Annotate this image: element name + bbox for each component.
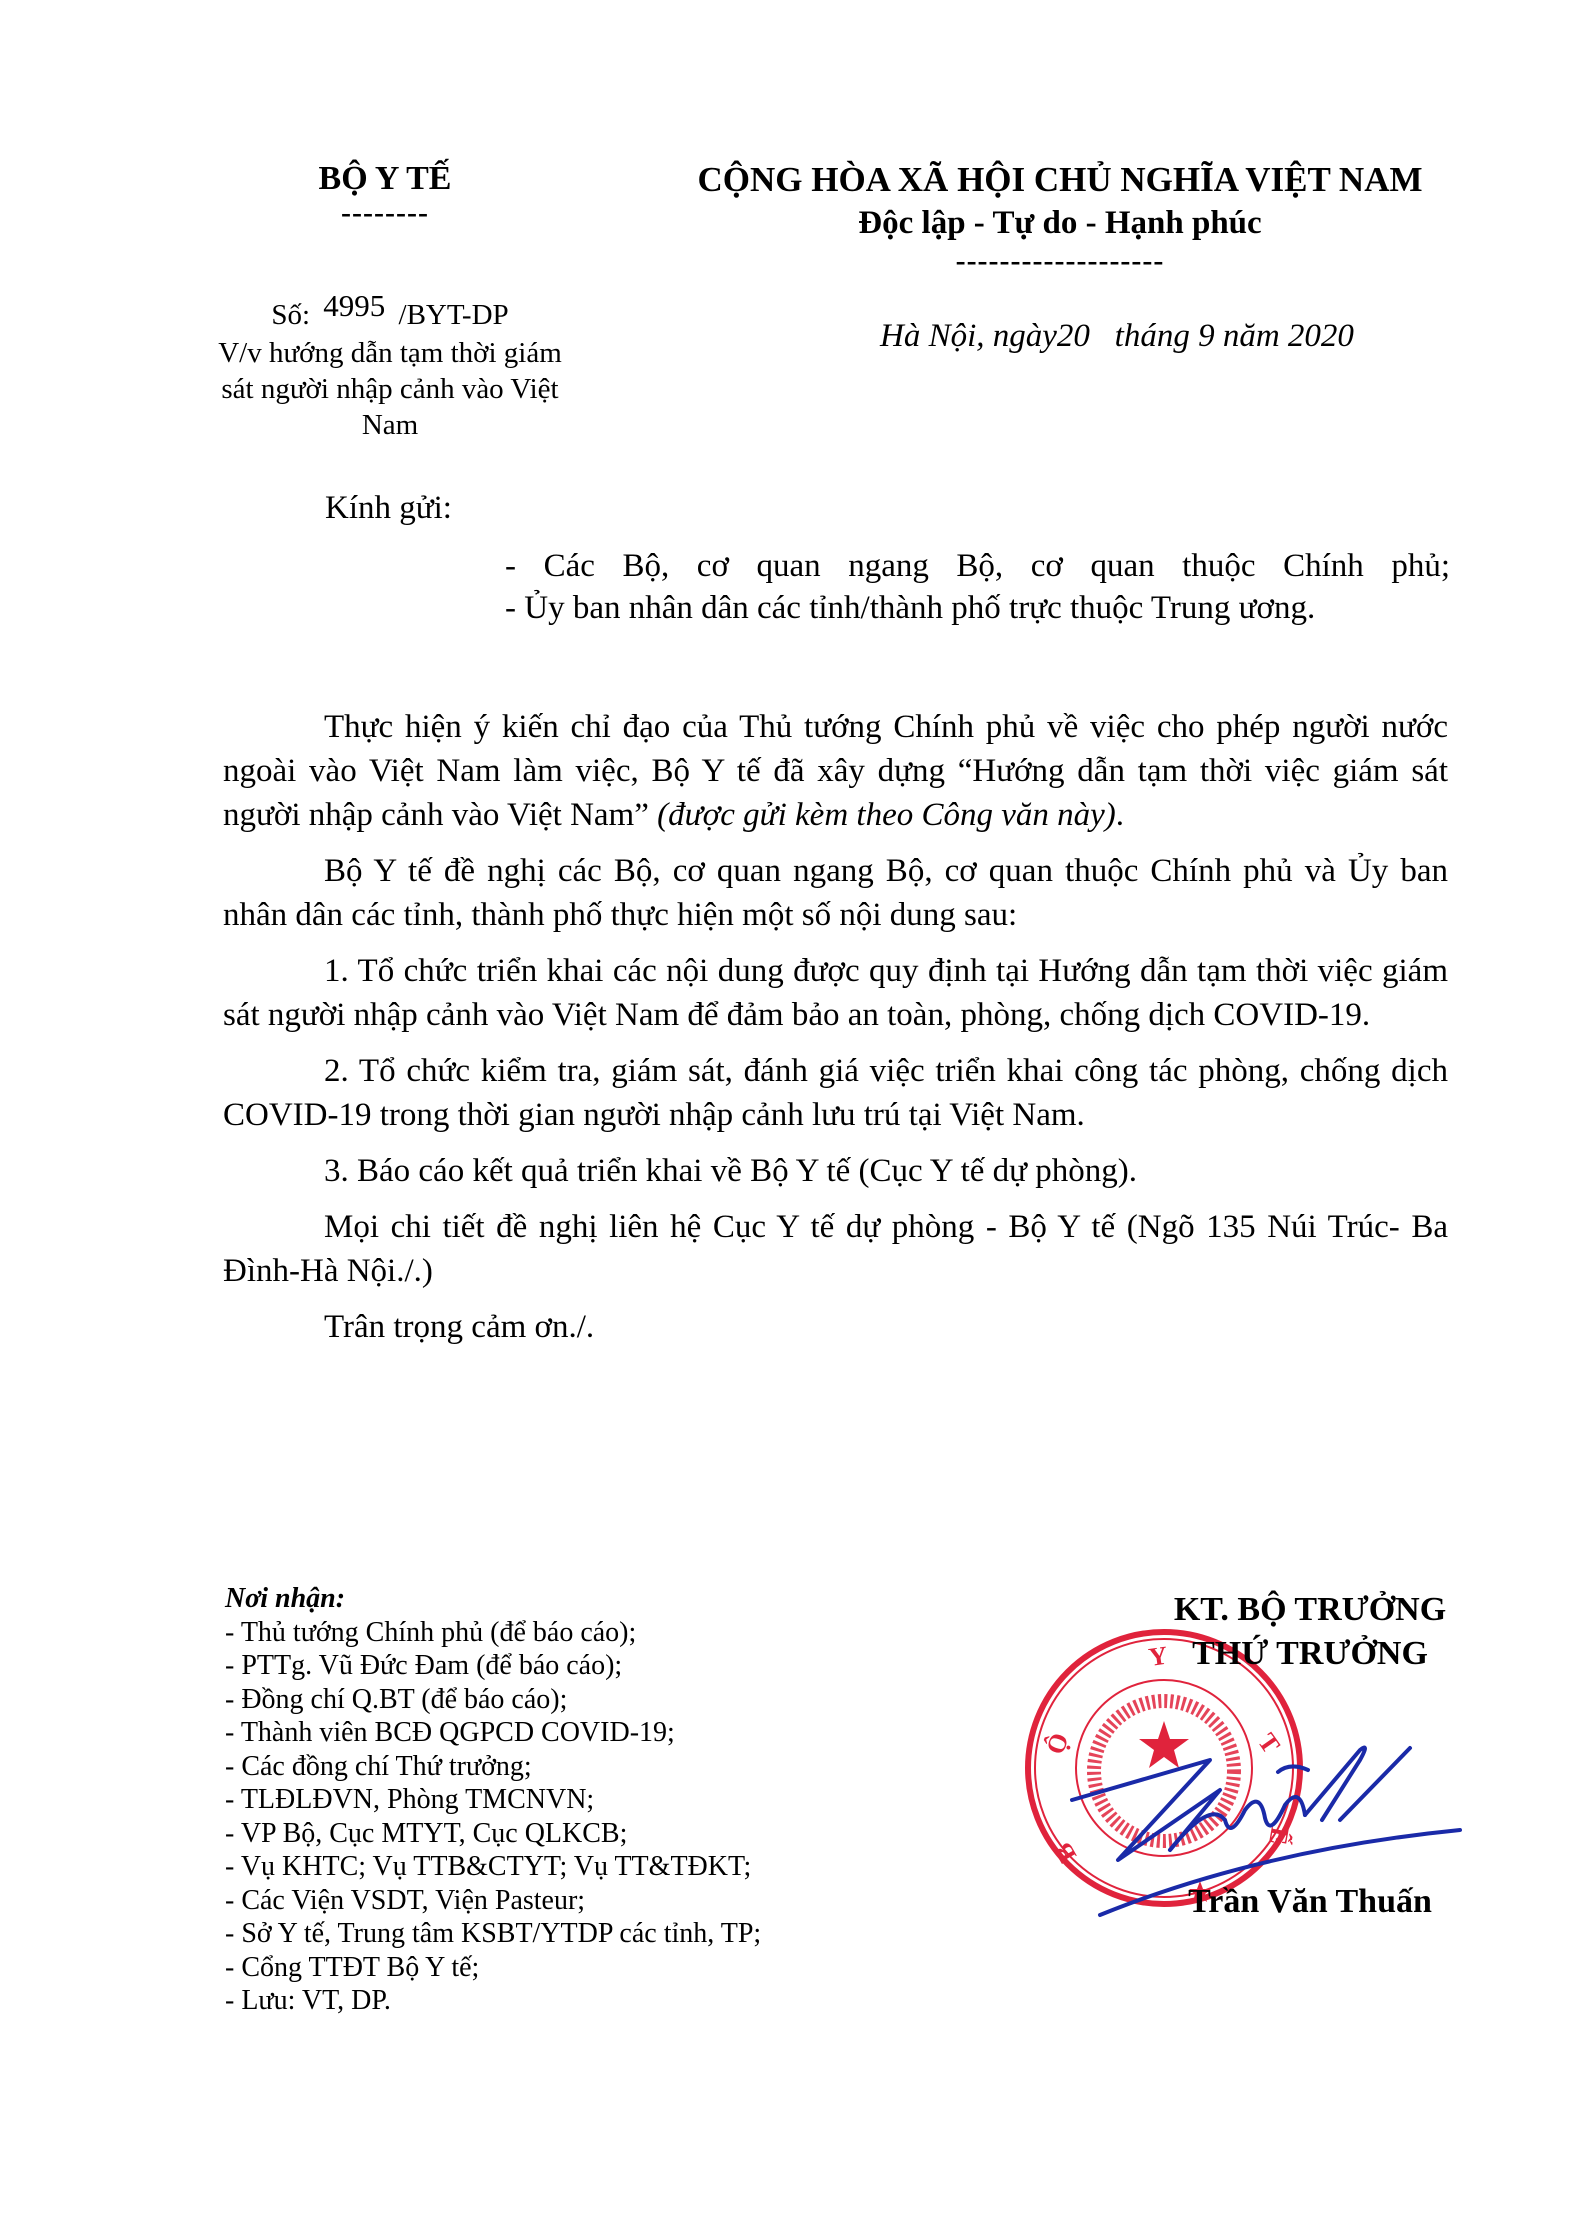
issuing-organization: BỘ Y TẾ	[215, 160, 555, 198]
document-number: Số: 4995 /BYT-DP	[180, 296, 600, 332]
organization-divider: --------	[215, 196, 555, 230]
greeting: Kính gửi:	[325, 490, 452, 527]
distribution-item: - PTTg. Vũ Đức Đam (để báo cáo);	[225, 1649, 925, 1683]
body-paragraph-closing: Trân trọng cảm ơn./.	[223, 1305, 1448, 1349]
distribution-item: - Vụ KHTC; Vụ TTB&CTYT; Vụ TT&TĐKT;	[225, 1850, 925, 1884]
signature-authority: KT. BỘ TRƯỞNG	[1100, 1588, 1520, 1632]
distribution-item: - Đồng chí Q.BT (để báo cáo);	[225, 1683, 925, 1717]
subject-line: Nam	[180, 407, 600, 443]
subject-line: sát người nhập cảnh vào Việt	[180, 371, 600, 407]
body-paragraph-request: Bộ Y tế đề nghị các Bộ, cơ quan ngang Bộ…	[223, 849, 1448, 937]
distribution-item: - Thành viên BCĐ QGPCD COVID-19;	[225, 1716, 925, 1750]
distribution-items: - Thủ tướng Chính phủ (để báo cáo);- PTT…	[225, 1616, 925, 2018]
intro-end: .	[1116, 797, 1124, 833]
national-motto: Độc lập - Tự do - Hạnh phúc	[630, 205, 1490, 242]
signature-title: KT. BỘ TRƯỞNG THỨ TRƯỞNG	[1100, 1588, 1520, 1676]
recipient-item: - Các Bộ, cơ quan ngang Bộ, cơ quan thuộ…	[505, 545, 1450, 587]
body-paragraph-item-3: 3. Báo cáo kết quả triển khai về Bộ Y tế…	[223, 1149, 1448, 1193]
place-and-date: Hà Nội, ngày20 tháng 9 năm 2020	[880, 318, 1480, 355]
letter-body: Thực hiện ý kiến chỉ đạo của Thủ tướng C…	[223, 705, 1448, 1361]
number-suffix: /BYT-DP	[399, 299, 509, 331]
distribution-item: - Thủ tướng Chính phủ (để báo cáo);	[225, 1616, 925, 1650]
distribution-item: - Các đồng chí Thứ trưởng;	[225, 1750, 925, 1784]
body-paragraph-contact: Mọi chi tiết đề nghị liên hệ Cục Y tế dự…	[223, 1205, 1448, 1293]
distribution-item: - Sở Y tế, Trung tâm KSBT/YTDP các tỉnh,…	[225, 1917, 925, 1951]
number-prefix: Số:	[271, 299, 310, 331]
signature-position: THỨ TRƯỞNG	[1100, 1632, 1520, 1676]
body-paragraph-intro: Thực hiện ý kiến chỉ đạo của Thủ tướng C…	[223, 705, 1448, 837]
distribution-item: - Lưu: VT, DP.	[225, 1984, 925, 2018]
distribution-title: Nơi nhận:	[225, 1582, 925, 1616]
body-paragraph-item-1: 1. Tổ chức triển khai các nội dung được …	[223, 949, 1448, 1037]
signer-name: Trần Văn Thuấn	[1100, 1883, 1520, 1921]
distribution-item: - VP Bộ, Cục MTYT, Cục QLKCB;	[225, 1817, 925, 1851]
document-subject: V/v hướng dẫn tạm thời giám sát người nh…	[180, 335, 600, 443]
national-title: CỘNG HÒA XÃ HỘI CHỦ NGHĨA VIỆT NAM	[630, 160, 1490, 200]
distribution-item: - Các Viện VSDT, Viện Pasteur;	[225, 1884, 925, 1918]
number-value: 4995	[317, 288, 391, 323]
motto-divider: -------------------	[630, 244, 1490, 278]
distribution-list: Nơi nhận: - Thủ tướng Chính phủ (để báo …	[225, 1582, 925, 2018]
subject-line: V/v hướng dẫn tạm thời giám	[180, 335, 600, 371]
recipient-item: - Ủy ban nhân dân các tỉnh/thành phố trự…	[505, 587, 1450, 629]
body-paragraph-item-2: 2. Tổ chức kiểm tra, giám sát, đánh giá …	[223, 1049, 1448, 1137]
recipient-list: - Các Bộ, cơ quan ngang Bộ, cơ quan thuộ…	[505, 545, 1450, 629]
intro-italic-note: (được gửi kèm theo Công văn này)	[657, 797, 1116, 833]
distribution-item: - Cổng TTĐT Bộ Y tế;	[225, 1951, 925, 1985]
distribution-item: - TLĐLĐVN, Phòng TMCNVN;	[225, 1783, 925, 1817]
